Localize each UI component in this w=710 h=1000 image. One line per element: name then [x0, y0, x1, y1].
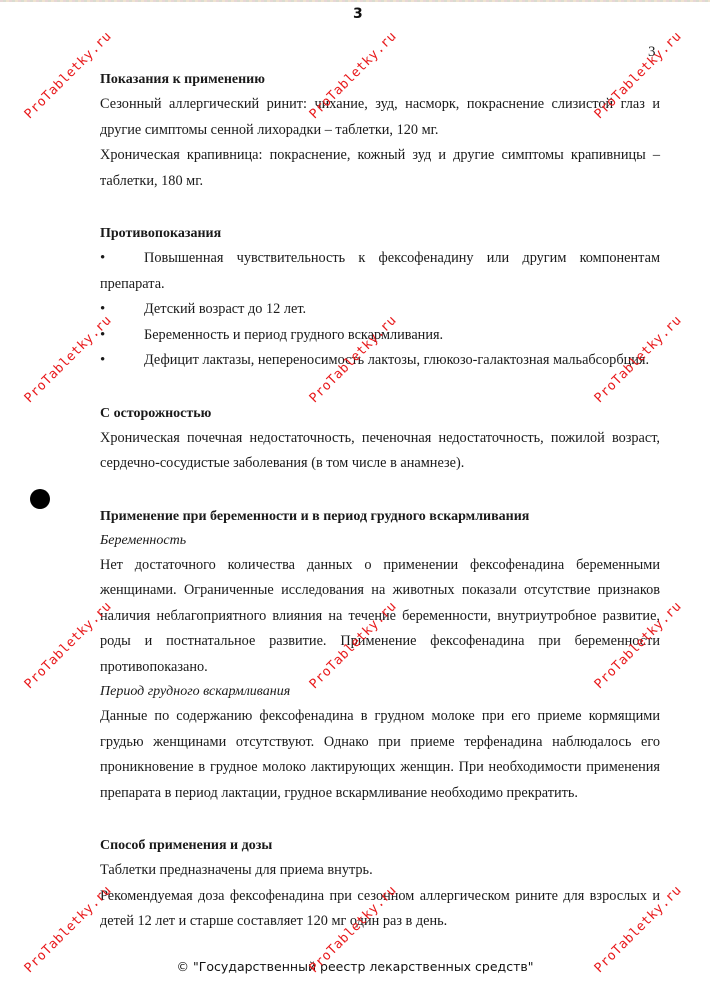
section-pregnancy-lactation: Применение при беременности и в период г… [100, 505, 660, 807]
section-title: С осторожностью [100, 402, 660, 426]
paragraph: Данные по содержанию фексофенадина в гру… [100, 704, 660, 806]
section-title: Применение при беременности и в период г… [100, 505, 660, 529]
paragraph: Таблетки предназначены для приема внутрь… [100, 858, 660, 884]
bullet-icon [100, 246, 144, 272]
section-caution: С осторожностью Хроническая почечная нед… [100, 402, 660, 477]
paragraph: Сезонный аллергический ринит: чихание, з… [100, 92, 660, 143]
list-item: Повышенная чувствительность к фексофенад… [100, 246, 660, 297]
section-dosage: Способ применения и дозы Таблетки предна… [100, 834, 660, 935]
list-item: Беременность и период грудного вскармлив… [100, 323, 660, 349]
paragraph: Рекомендуемая доза фексофенадина при сез… [100, 884, 660, 935]
section-indications: Показания к применению Сезонный аллергич… [100, 68, 660, 194]
bullet-icon [100, 323, 144, 349]
subsection-title-pregnancy: Беременность [100, 529, 660, 553]
bullet-icon [100, 297, 144, 323]
subsection-title-lactation: Период грудного вскармливания [100, 680, 660, 704]
section-title: Способ применения и дозы [100, 834, 660, 858]
section-title: Противопоказания [100, 222, 660, 246]
footer-copyright: © "Государственный реестр лекарственных … [0, 959, 710, 974]
paragraph: Нет достаточного количества данных о при… [100, 553, 660, 681]
list-item: Дефицит лактазы, непереносимость лактозы… [100, 348, 660, 374]
section-title: Показания к применению [100, 68, 660, 92]
page-number: 3 [353, 6, 363, 22]
page-top-edge [0, 0, 710, 2]
bullet-icon [100, 348, 144, 374]
paragraph: Хроническая крапивница: покраснение, кож… [100, 143, 660, 194]
list-item: Детский возраст до 12 лет. [100, 297, 660, 323]
corner-page-number: 3 [648, 44, 656, 61]
section-contraindications: Противопоказания Повышенная чувствительн… [100, 222, 660, 374]
margin-dot-marker [30, 489, 50, 509]
document-body: Показания к применению Сезонный аллергич… [100, 68, 660, 935]
paragraph: Хроническая почечная недостаточность, пе… [100, 426, 660, 477]
